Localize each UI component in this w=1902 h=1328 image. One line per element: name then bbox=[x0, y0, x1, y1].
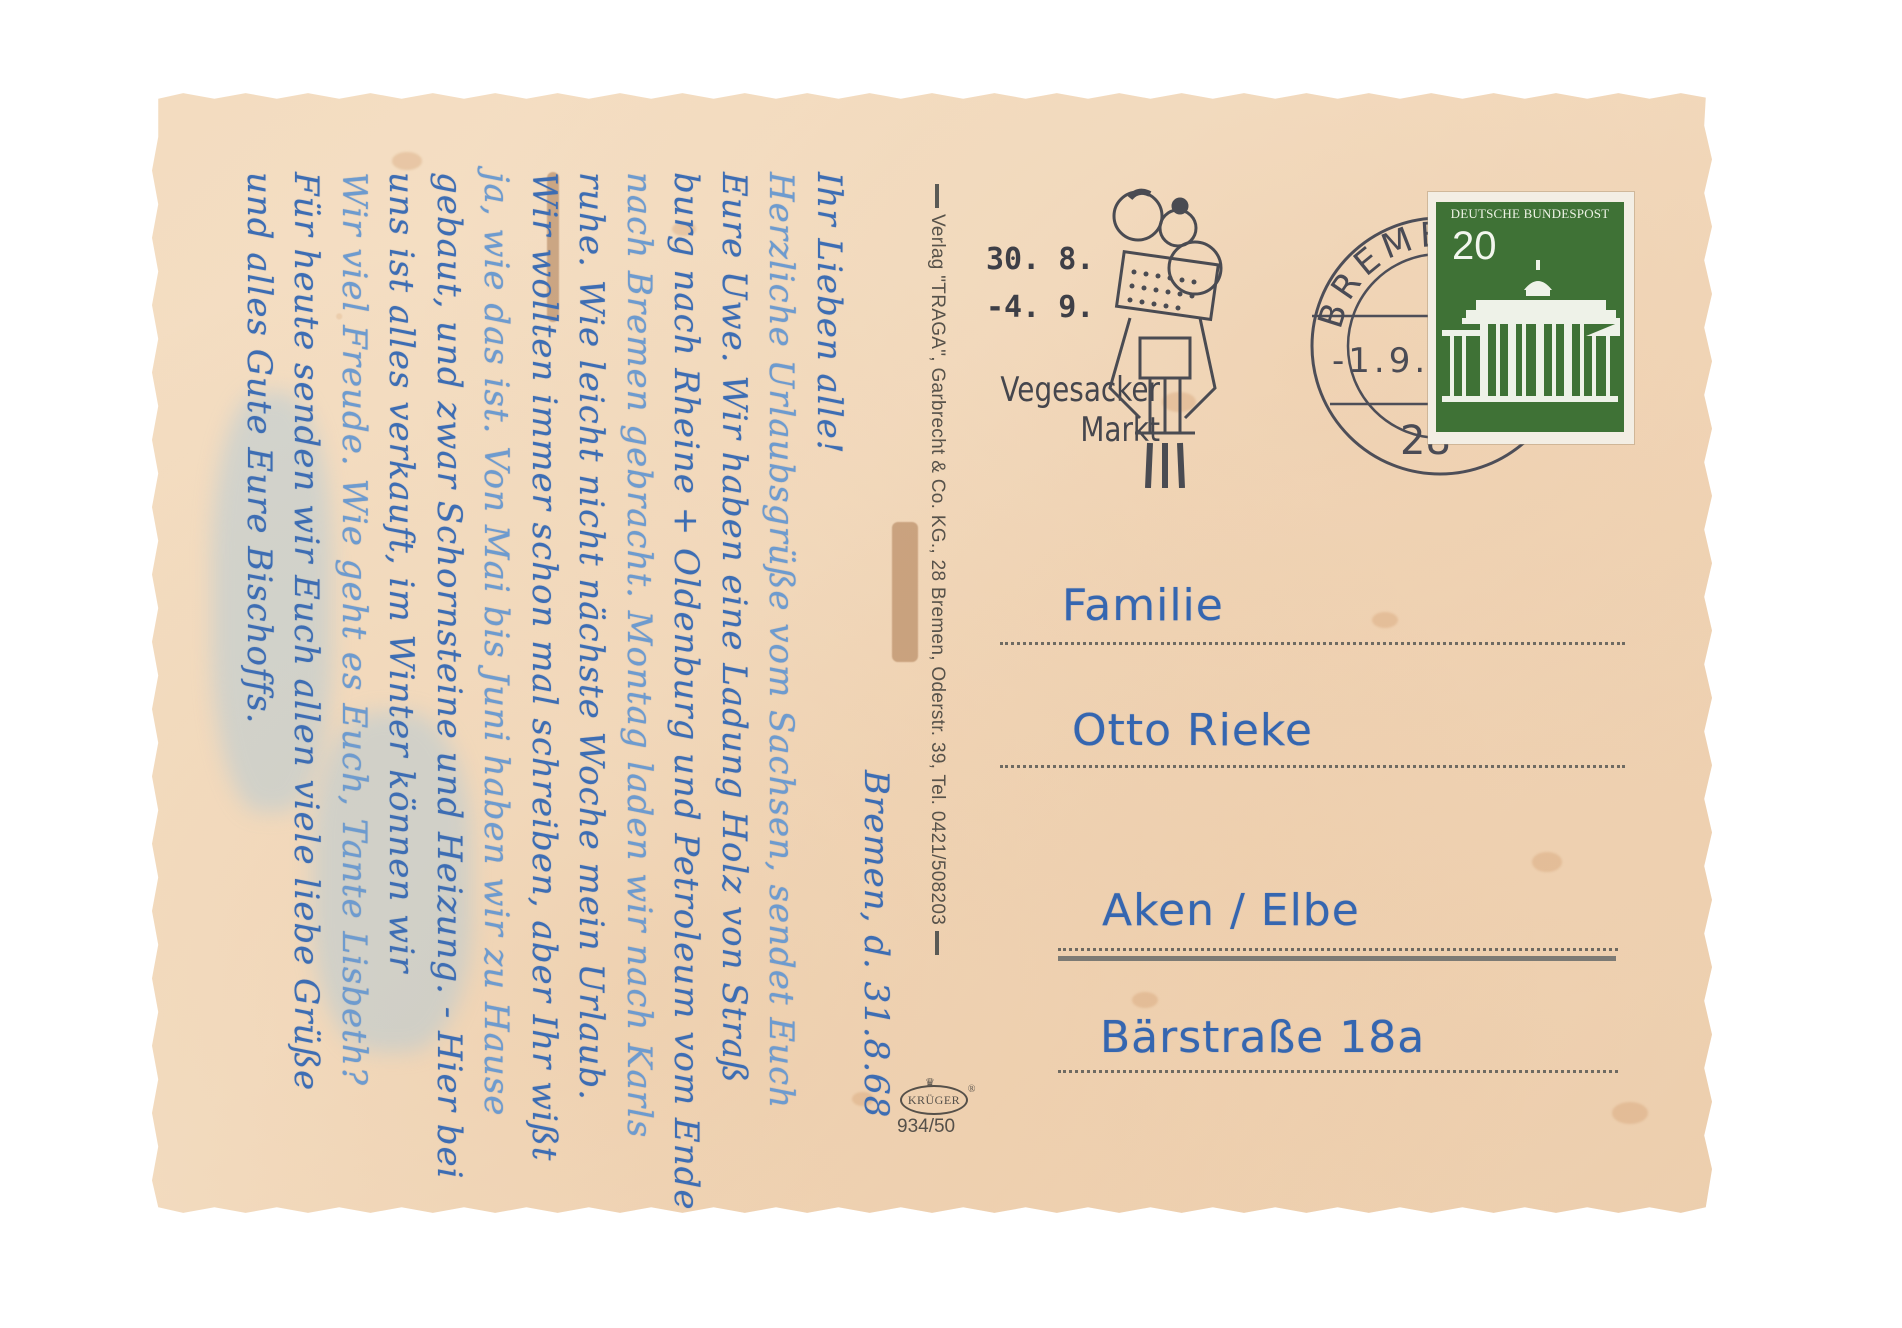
logo-text: KRÜGER bbox=[908, 1093, 960, 1107]
foxing-spot bbox=[1132, 992, 1158, 1008]
foxing-spot bbox=[1372, 612, 1398, 628]
cancel-dates: 30. 8. -4. 9. bbox=[986, 236, 1094, 332]
publisher-logo: KRÜGER® bbox=[900, 1085, 968, 1115]
rule-mark bbox=[935, 931, 939, 955]
message-line: ruhe. Wie leicht nicht nächste Woche mei… bbox=[571, 172, 611, 1101]
foxing-spot bbox=[1532, 852, 1562, 872]
message-line: uns ist alles verkauft, im Winter können… bbox=[381, 172, 421, 973]
address-separator bbox=[1058, 956, 1616, 961]
postage-stamp: DEUTSCHE BUNDESPOST 20 bbox=[1428, 192, 1634, 444]
rule-mark bbox=[935, 184, 939, 208]
card-number: 934/50 bbox=[897, 1116, 955, 1138]
stain bbox=[892, 522, 918, 662]
message-line: Wir viel Freude. Wie geht es Euch, Tante… bbox=[334, 172, 374, 1086]
stamp-design: DEUTSCHE BUNDESPOST 20 bbox=[1436, 202, 1624, 432]
message-line: Ihr Lieben alle! bbox=[809, 172, 849, 454]
address-rule bbox=[1000, 642, 1625, 645]
address-rule bbox=[1058, 1070, 1618, 1073]
foxing-spot bbox=[392, 152, 422, 170]
address-rule bbox=[1000, 765, 1625, 768]
address-line-2: Otto Rieke bbox=[1072, 705, 1313, 756]
address-line-4: Bärstraße 18a bbox=[1100, 1012, 1425, 1063]
message-line: ja, wie das ist. Von Mai bis Juni haben … bbox=[476, 172, 516, 1116]
message-line: Für heute senden wir Euch allen viele li… bbox=[286, 172, 326, 1091]
message-line: Eure Uwe. Wir haben eine Ladung Holz von… bbox=[714, 172, 754, 1084]
publisher-imprint: Verlag "TRAGA", Garbrecht & Co. KG., 28 … bbox=[926, 178, 948, 961]
dancing-couple-icon bbox=[1100, 188, 1230, 488]
brandenburg-gate-icon bbox=[1436, 202, 1624, 432]
message-dateline: Bremen, d. 31.8.68 bbox=[856, 770, 896, 1118]
message-line: burg nach Rheine + Oldenburg und Petrole… bbox=[666, 172, 706, 1211]
address-line-3: Aken / Elbe bbox=[1102, 885, 1360, 936]
registered-icon: ® bbox=[968, 1077, 976, 1103]
message-line: Wir wollten immer schon mal schreiben, a… bbox=[524, 172, 564, 1161]
cancel-date-from: 30. 8. bbox=[986, 236, 1094, 284]
message-line: Herzliche Urlaubsgrüße vom Sachsen, send… bbox=[761, 172, 801, 1109]
imprint-text: Verlag "TRAGA", Garbrecht & Co. KG., 28 … bbox=[927, 214, 948, 925]
message-line: nach Bremen gebracht. Montag laden wir n… bbox=[619, 172, 659, 1138]
foxing-spot bbox=[1612, 1102, 1648, 1124]
message-line: und alles Gute Eure Bischoffs. bbox=[239, 172, 279, 724]
message-line: gebaut, und zwar Schornsteine und Heizun… bbox=[429, 172, 469, 1179]
address-rule bbox=[1058, 948, 1618, 951]
cancel-date-to: -4. 9. bbox=[986, 284, 1094, 332]
address-line-1: Familie bbox=[1062, 580, 1224, 631]
